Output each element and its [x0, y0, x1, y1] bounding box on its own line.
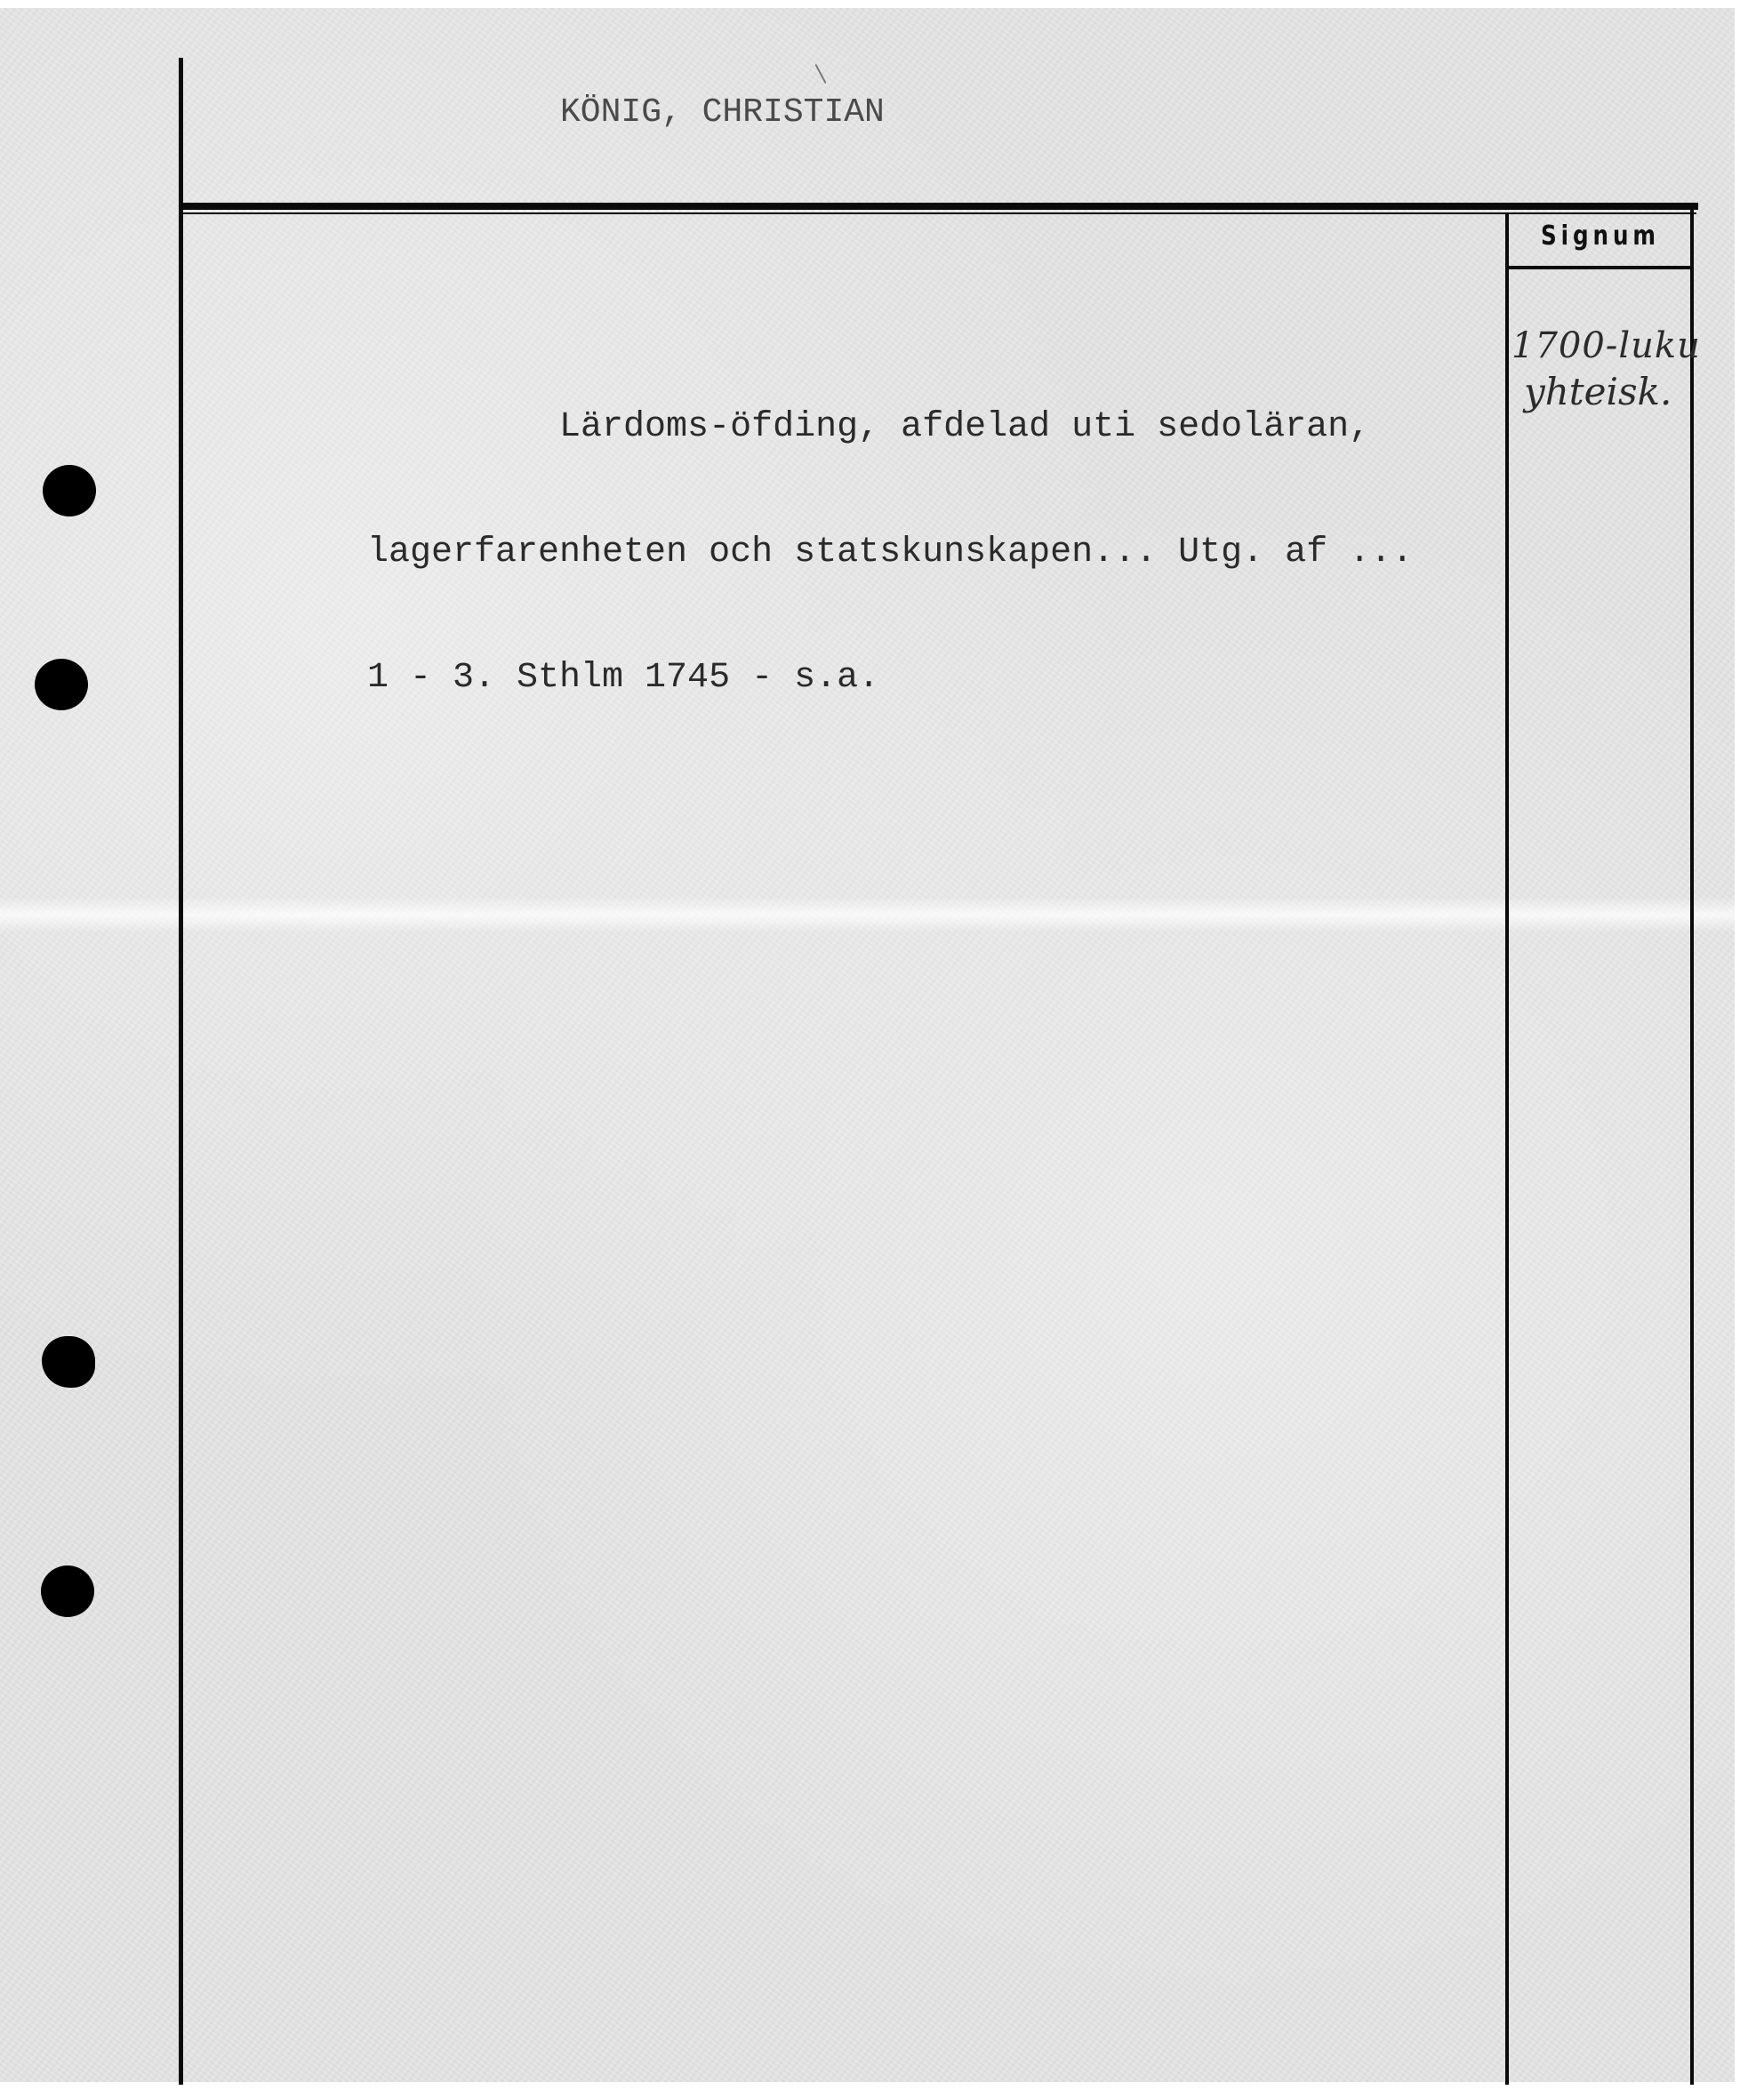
card-heading: KÖNIG, CHRISTIAN: [560, 92, 885, 133]
entry-line: lagerfarenheten och statskunskapen... Ut…: [367, 532, 1413, 573]
signum-column-right-rule: [1690, 203, 1694, 2085]
handwritten-signum-line: 1700-luku: [1511, 325, 1701, 366]
entry-line: Lärdoms-öfding, afdelad uti sedoläran,: [367, 406, 1413, 448]
fold-crease: [0, 897, 1735, 933]
punch-hole: [43, 465, 96, 516]
header-rule-thick: [180, 203, 1698, 210]
signum-column-label: Signum: [1527, 220, 1673, 252]
catalog-card: [0, 8, 1735, 2082]
header-rule-thin: [180, 212, 1696, 214]
catalog-entry: Lärdoms-öfding, afdelad uti sedoläran, l…: [367, 323, 1413, 741]
signum-column-left-rule: [1505, 213, 1509, 2085]
signum-header-rule: [1505, 266, 1694, 269]
stray-pencil-mark: [814, 64, 826, 84]
entry-line: 1 - 3. Sthlm 1745 - s.a.: [367, 657, 1413, 699]
punch-hole: [35, 659, 88, 710]
punch-hole: [41, 1565, 94, 1617]
handwritten-signum-line: yhteisk.: [1524, 370, 1672, 413]
left-margin-rule: [179, 58, 183, 2085]
punch-hole: [42, 1336, 95, 1388]
